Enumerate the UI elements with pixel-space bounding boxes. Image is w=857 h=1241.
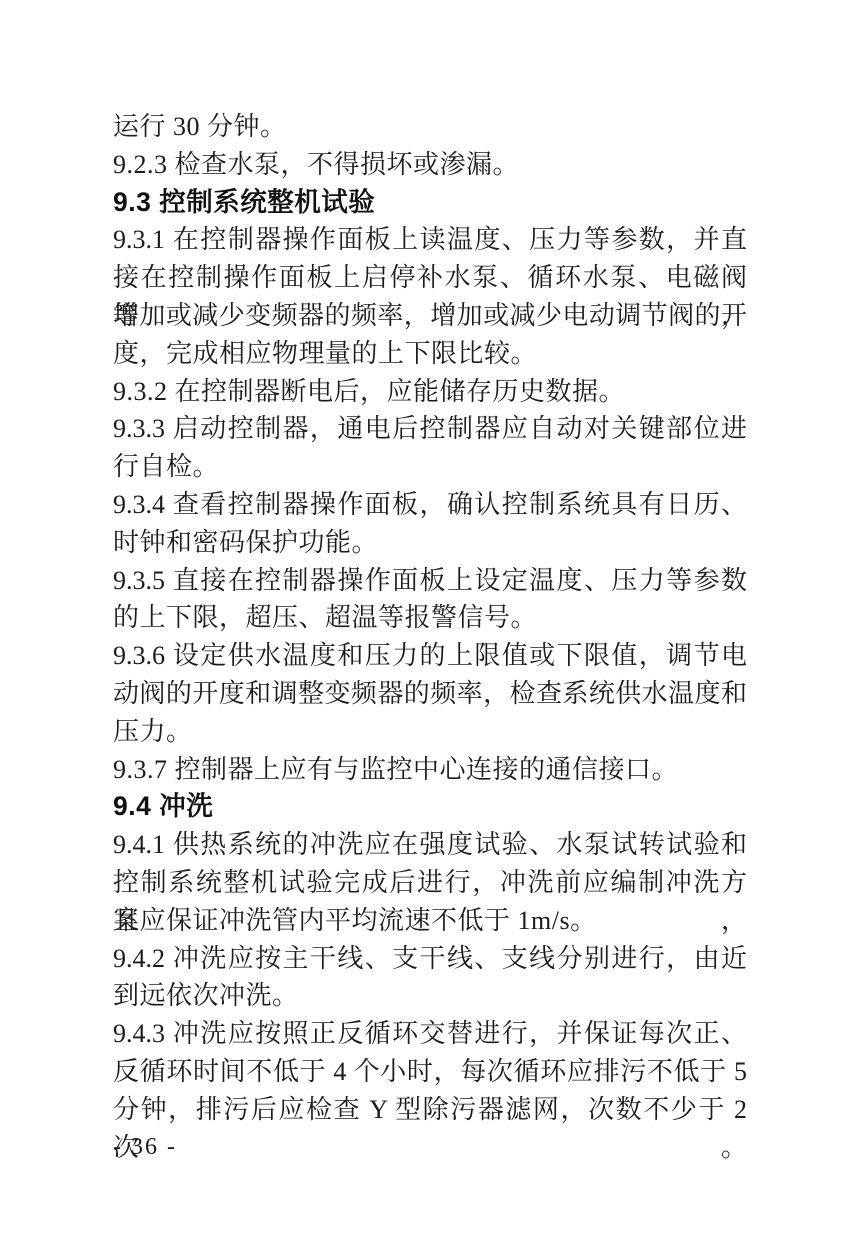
text-line: 9.2.3 检查水泵，不得损坏或渗漏。: [113, 146, 747, 184]
text-line: 分钟，排污后应检查 Y 型除污器滤网，次数不少于 2 次。: [113, 1091, 747, 1129]
text-line: 9.3.5 直接在控制器操作面板上设定温度、压力等参数: [113, 562, 747, 600]
document-lines: 运行 30 分钟。9.2.3 检查水泵，不得损坏或渗漏。9.3 控制系统整机试验…: [113, 108, 747, 1129]
text-line: 9.3 控制系统整机试验: [113, 184, 747, 222]
text-line: 运行 30 分钟。: [113, 108, 747, 146]
text-line: 度，完成相应物理量的上下限比较。: [113, 335, 747, 373]
page-footer: - 36 -: [113, 1129, 747, 1167]
text-line: 行自检。: [113, 448, 747, 486]
text-line: 9.3.6 设定供水温度和压力的上限值或下限值，调节电: [113, 637, 747, 675]
text-line: 接在控制操作面板上启停补水泵、循环水泵、电磁阀等，: [113, 259, 747, 297]
text-line: 9.3.1 在控制器操作面板上读温度、压力等参数，并直: [113, 221, 747, 259]
text-line: 9.4.2 冲洗应按主干线、支干线、支线分别进行，由近: [113, 940, 747, 978]
text-line: 时钟和密码保护功能。: [113, 524, 747, 562]
page-number: - 36 -: [113, 1129, 747, 1167]
text-line: 压力。: [113, 713, 747, 751]
text-line: 9.3.4 查看控制器操作面板，确认控制系统具有日历、: [113, 486, 747, 524]
text-line: 9.4.3 冲洗应按照正反循环交替进行，并保证每次正、: [113, 1015, 747, 1053]
text-line: 动阀的开度和调整变频器的频率，检查系统供水温度和: [113, 675, 747, 713]
text-line: 反循环时间不低于 4 个小时，每次循环应排污不低于 5: [113, 1053, 747, 1091]
document-page: 运行 30 分钟。9.2.3 检查水泵，不得损坏或渗漏。9.3 控制系统整机试验…: [0, 0, 857, 1241]
text-line: 9.3.3 启动控制器，通电后控制器应自动对关键部位进: [113, 410, 747, 448]
text-line: 控制系统整机试验完成后进行，冲洗前应编制冲洗方案，: [113, 864, 747, 902]
text-line: 的上下限，超压、超温等报警信号。: [113, 599, 747, 637]
text-line: 到远依次冲洗。: [113, 977, 747, 1015]
text-line: 9.3.7 控制器上应有与监控中心连接的通信接口。: [113, 751, 747, 789]
text-line: 增加或减少变频器的频率，增加或减少电动调节阀的开: [113, 297, 747, 335]
text-line: 9.4.1 供热系统的冲洗应在强度试验、水泵试转试验和: [113, 826, 747, 864]
text-line: 9.4 冲洗: [113, 788, 747, 826]
text-line: 9.3.2 在控制器断电后，应能储存历史数据。: [113, 373, 747, 411]
